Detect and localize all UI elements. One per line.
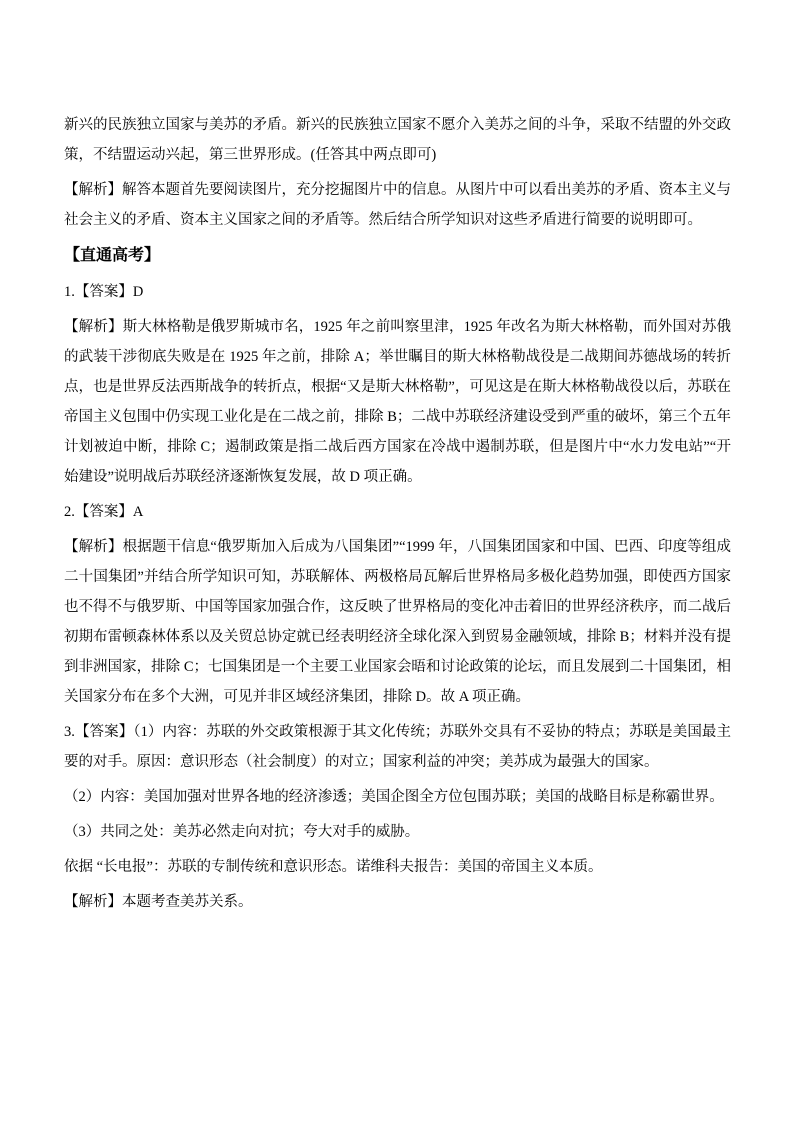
analysis-paragraph-q2: 【解析】根据题干信息“俄罗斯加入后成为八国集团”“1999 年，八国集团国家和中…: [64, 532, 731, 712]
answer-paragraph-q3-part3: （3）共同之处：美苏必然走向对抗；夸大对手的威胁。: [64, 817, 731, 847]
answer-paragraph-q3-part2: （2）内容：美国加强对世界各地的经济渗透；美国企图全方位包围苏联；美国的战略目标…: [64, 782, 731, 812]
document-page: 新兴的民族独立国家与美苏的矛盾。新兴的民族独立国家不愿介入美苏之间的斗争，采取不…: [0, 0, 794, 1123]
analysis-paragraph-q3: 【解析】本题考查美苏关系。: [64, 887, 731, 917]
answer-continuation-paragraph: 新兴的民族独立国家与美苏的矛盾。新兴的民族独立国家不愿介入美苏之间的斗争，采取不…: [64, 110, 731, 170]
section-heading-direct-gaokao: 【直通高考】: [64, 240, 731, 272]
answer-line-q1: 1.【答案】D: [64, 277, 731, 307]
analysis-paragraph-q1: 【解析】斯大林格勒是俄罗斯城市名，1925 年之前叫察里津，1925 年改名为斯…: [64, 312, 731, 492]
analysis-paragraph-intro: 【解析】解答本题首先要阅读图片，充分挖掘图片中的信息。从图片中可以看出美苏的矛盾…: [64, 175, 731, 235]
answer-line-q2: 2.【答案】A: [64, 497, 731, 527]
answer-paragraph-q3-part1: 3.【答案】（1）内容：苏联的外交政策根源于其文化传统；苏联外交具有不妥协的特点…: [64, 717, 731, 777]
answer-basis-line-q3: 依据 “长电报”：苏联的专制传统和意识形态。诺维科夫报告：美国的帝国主义本质。: [64, 852, 731, 882]
